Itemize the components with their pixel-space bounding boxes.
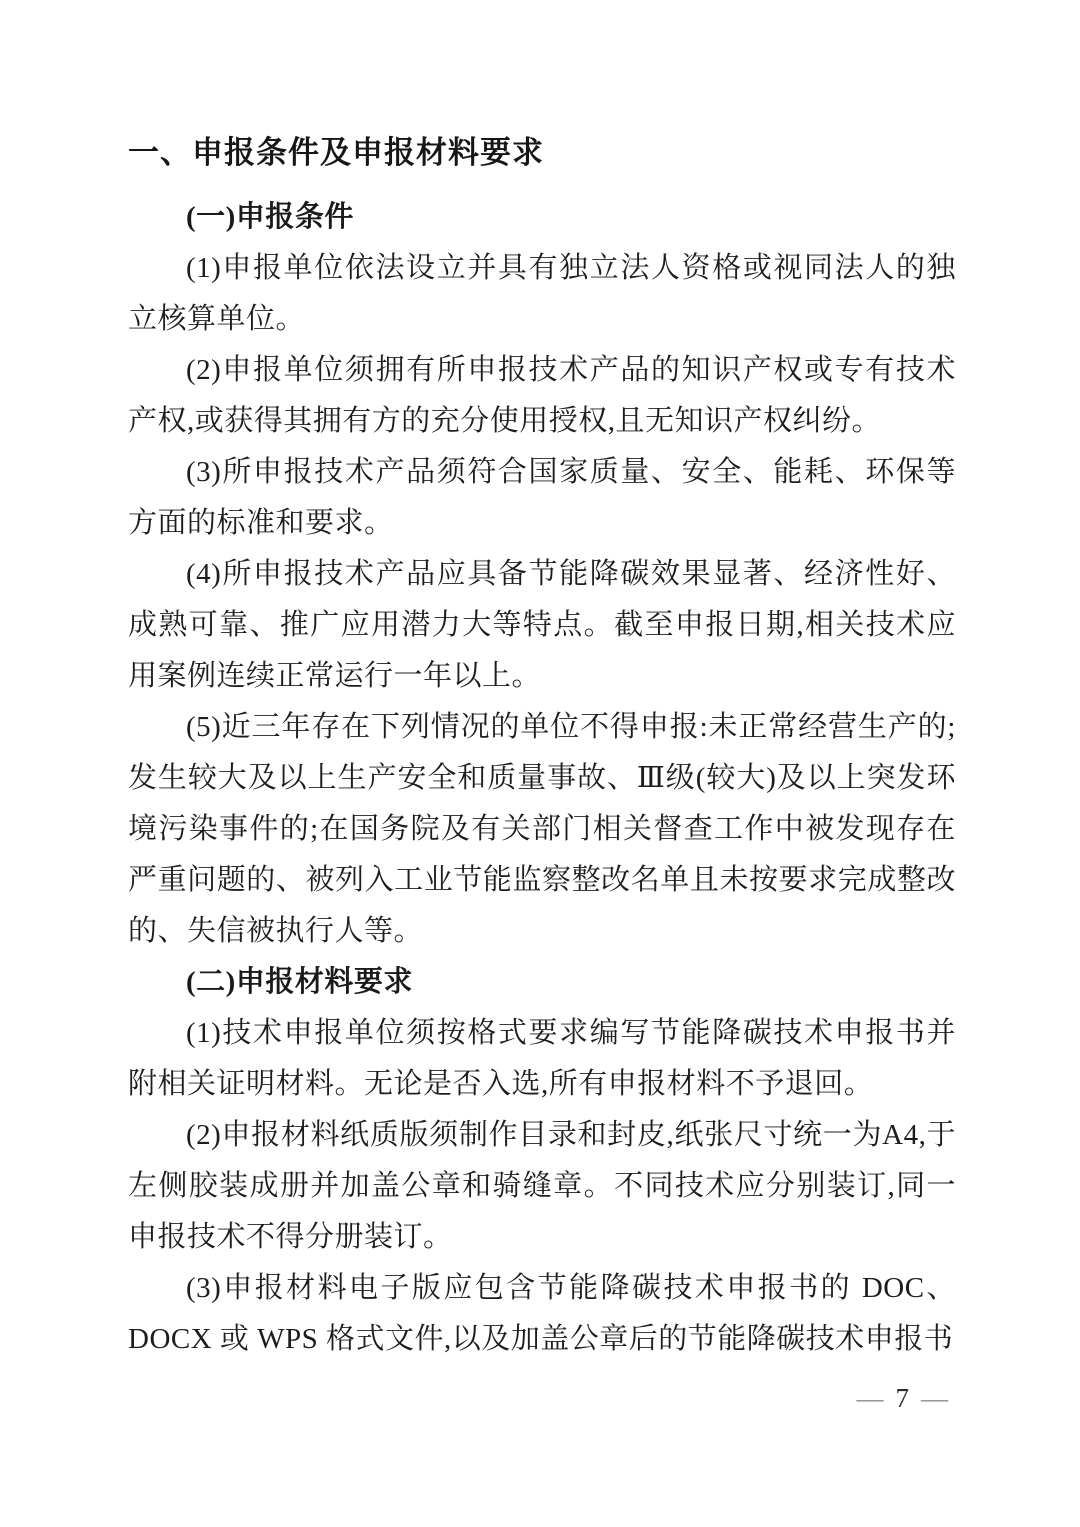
paragraph-condition-3: (3)所申报技术产品须符合国家质量、安全、能耗、环保等方面的标准和要求。	[128, 447, 956, 549]
page-number-value: 7	[886, 1383, 922, 1413]
document-heading: 一、申报条件及申报材料要求	[128, 130, 956, 176]
paragraph-condition-1: (1)申报单位依法设立并具有独立法人资格或视同法人的独立核算单位。	[128, 243, 956, 345]
paragraph-condition-5: (5)近三年存在下列情况的单位不得申报:未正常经营生产的;发生较大及以上生产安全…	[128, 702, 956, 957]
section-title-material-requirements: (二)申报材料要求	[128, 957, 956, 1008]
page-number: —7—	[857, 1382, 951, 1414]
section-title-application-conditions: (一)申报条件	[128, 192, 956, 243]
paragraph-material-2: (2)申报材料纸质版须制作目录和封皮,纸张尺寸统一为A4,于左侧胶装成册并加盖公…	[128, 1110, 956, 1263]
paragraph-material-1: (1)技术申报单位须按格式要求编写节能降碳技术申报书并附相关证明材料。无论是否入…	[128, 1008, 956, 1110]
document-page: 一、申报条件及申报材料要求 (一)申报条件 (1)申报单位依法设立并具有独立法人…	[0, 0, 1080, 1527]
paragraph-material-3: (3)申报材料电子版应包含节能降碳技术申报书的 DOC、DOCX 或 WPS 格…	[128, 1263, 956, 1365]
paragraph-condition-2: (2)申报单位须拥有所申报技术产品的知识产权或专有技术产权,或获得其拥有方的充分…	[128, 345, 956, 447]
page-number-dash-left: —	[857, 1383, 886, 1413]
paragraph-condition-4: (4)所申报技术产品应具备节能降碳效果显著、经济性好、成熟可靠、推广应用潜力大等…	[128, 549, 956, 702]
document-body: 一、申报条件及申报材料要求 (一)申报条件 (1)申报单位依法设立并具有独立法人…	[128, 130, 956, 1365]
page-number-dash-right: —	[921, 1383, 950, 1413]
